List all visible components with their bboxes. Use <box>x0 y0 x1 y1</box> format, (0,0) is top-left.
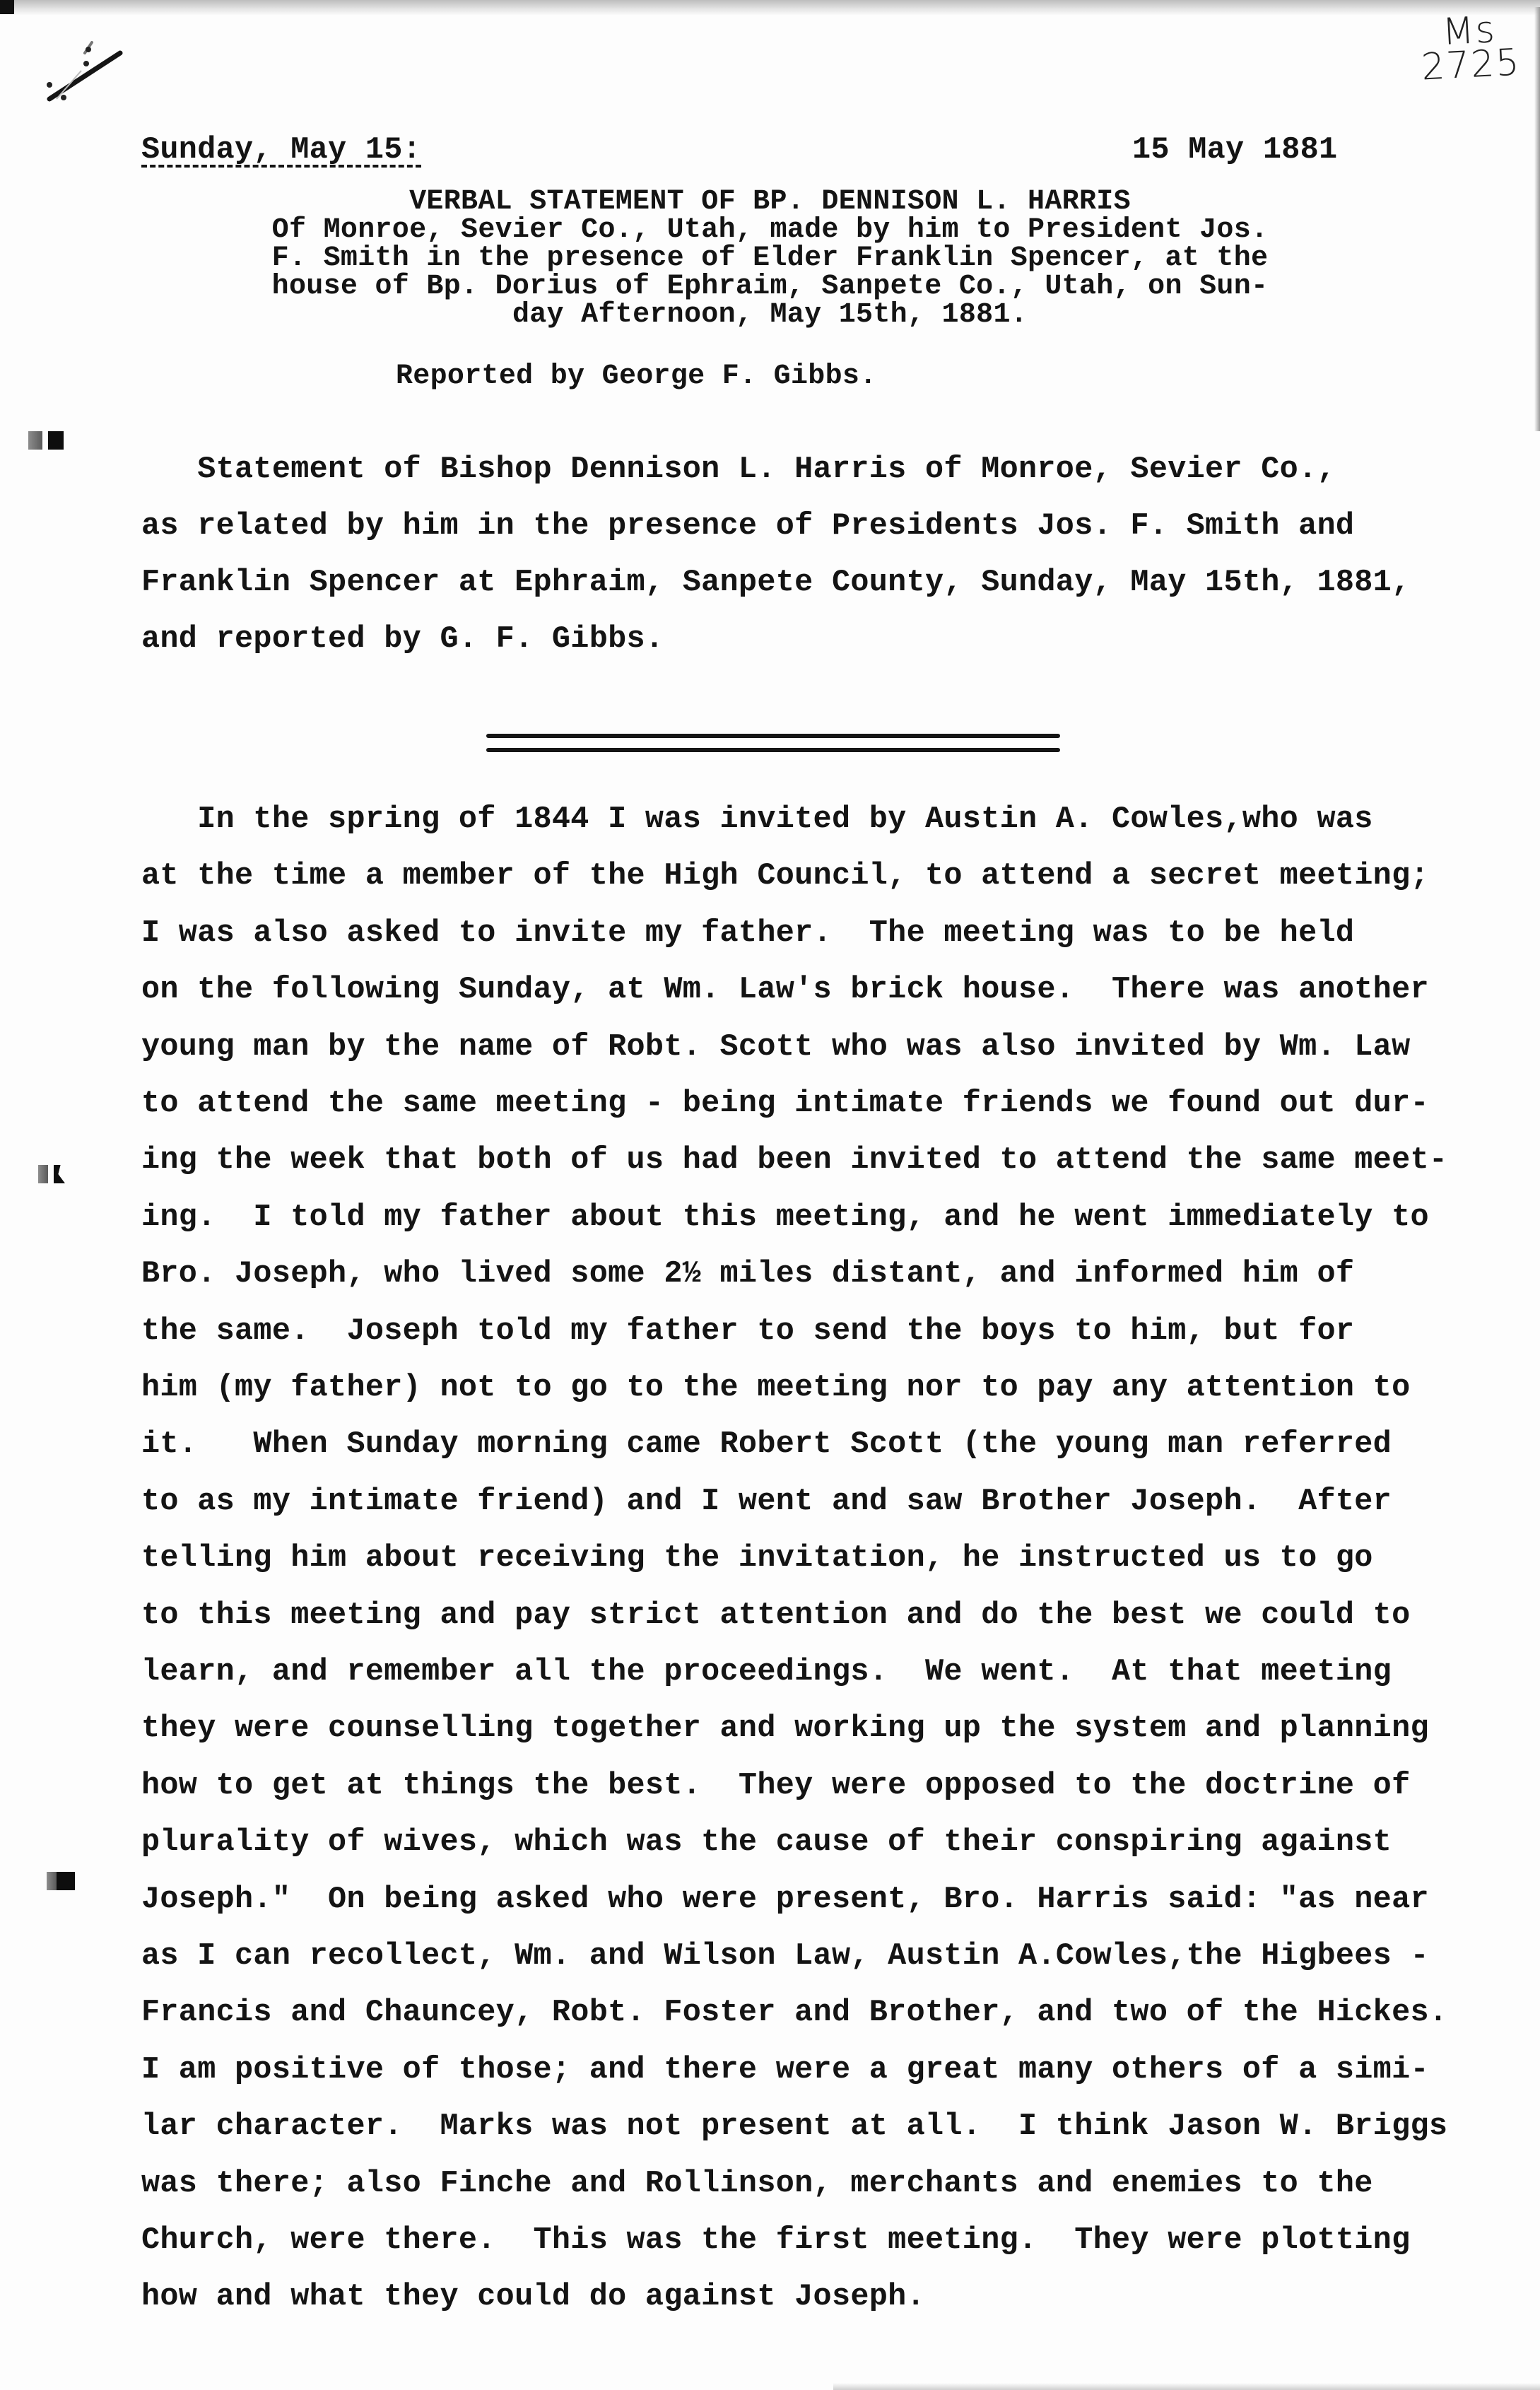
body-line: to attend the same meeting - being intim… <box>141 1086 1429 1122</box>
body-line: it. When Sunday morning came Robert Scot… <box>141 1427 1392 1463</box>
body-line: Bro. Joseph, who lived some 2½ miles dis… <box>141 1257 1354 1292</box>
body-line: telling him about receiving the invitati… <box>141 1541 1373 1576</box>
body-line: to as my intimate friend) and I went and… <box>141 1484 1392 1520</box>
body-line: on the following Sunday, at Wm. Law's br… <box>141 973 1429 1008</box>
body-line: lar character. Marks was not present at … <box>141 2109 1447 2145</box>
body-line: him (my father) not to go to the meeting… <box>141 1371 1411 1406</box>
body-line: at the time a member of the High Council… <box>141 859 1429 894</box>
body-line: Francis and Chauncey, Robt. Foster and B… <box>141 1996 1447 2031</box>
body-line: the same. Joseph told my father to send … <box>141 1314 1354 1349</box>
statement-line: as related by him in the presence of Pre… <box>141 509 1354 544</box>
date-heading: 15 May 1881 <box>1132 133 1337 168</box>
body-line: ing the week that both of us had been in… <box>141 1143 1447 1178</box>
body-line: young man by the name of Robt. Scott who… <box>141 1030 1411 1065</box>
body-line: plurality of wives, which was the cause … <box>141 1825 1392 1861</box>
double-rule-bottom <box>486 748 1060 752</box>
title-line: day Afternoon, May 15th, 1881. <box>0 301 1540 329</box>
scan-top-edge-shadow <box>0 0 1540 16</box>
body-line: Church, were there. This was the first m… <box>141 2223 1411 2259</box>
day-heading: Sunday, May 15: <box>141 133 421 168</box>
body-line: how and what they could do against Josep… <box>141 2280 925 2315</box>
body-line: they were counselling together and worki… <box>141 1711 1429 1747</box>
statement-line: and reported by G. F. Gibbs. <box>141 622 664 657</box>
statement-line: Statement of Bishop Dennison L. Harris o… <box>141 452 1336 488</box>
body-line: how to get at things the best. They were… <box>141 1769 1411 1804</box>
body-line: was there; also Finche and Rollinson, me… <box>141 2167 1373 2202</box>
body-line: to this meeting and pay strict attention… <box>141 1598 1411 1634</box>
title-line: house of Bp. Dorius of Ephraim, Sanpete … <box>0 273 1540 301</box>
body-line: I am positive of those; and there were a… <box>141 2053 1429 2088</box>
body-line: as I can recollect, Wm. and Wilson Law, … <box>141 1939 1429 1974</box>
title-line: F. Smith in the presence of Elder Frankl… <box>0 245 1540 273</box>
archive-call-number: Ms 2725 <box>1409 11 1532 86</box>
body-line: I was also asked to invite my father. Th… <box>141 916 1354 951</box>
body-line: Joseph." On being asked who were present… <box>141 1882 1429 1918</box>
title-line: Of Monroe, Sevier Co., Utah, made by him… <box>0 216 1540 245</box>
body-line: learn, and remember all the proceedings.… <box>141 1655 1392 1690</box>
body-line: In the spring of 1844 I was invited by A… <box>141 802 1373 838</box>
title-line: VERBAL STATEMENT OF BP. DENNISON L. HARR… <box>0 188 1540 216</box>
pen-stroke-mark-icon <box>28 28 134 113</box>
scan-bottom-edge-shadow <box>833 2383 1540 2390</box>
scan-corner-artifact <box>0 0 14 14</box>
double-rule-top <box>486 734 1060 738</box>
archive-note-number: 2725 <box>1410 45 1532 86</box>
body-line: ing. I told my father about this meeting… <box>141 1200 1429 1236</box>
statement-line: Franklin Spencer at Ephraim, Sanpete Cou… <box>141 566 1411 601</box>
reported-by: Reported by George F. Gibbs. <box>396 359 877 394</box>
